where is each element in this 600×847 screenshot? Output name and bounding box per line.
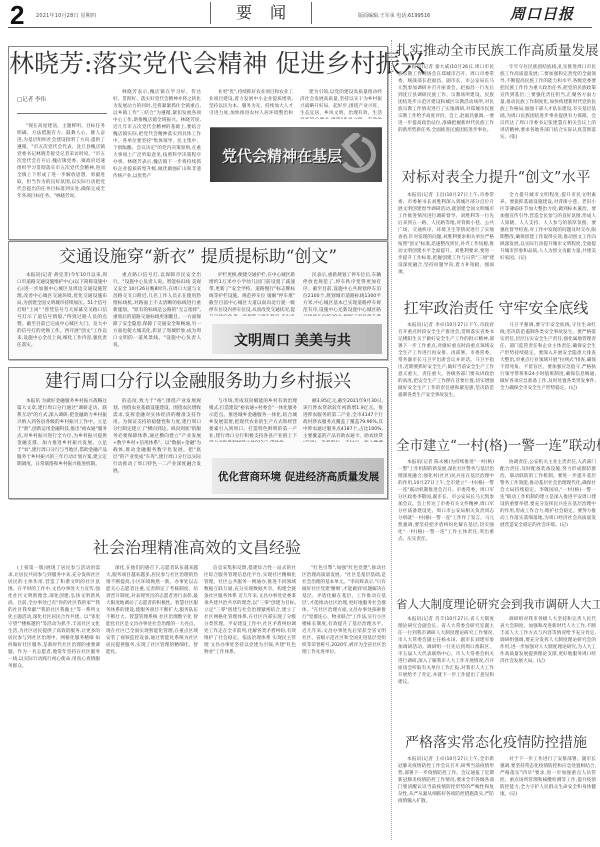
newspaper-logo: 周口日报 xyxy=(510,3,574,24)
npc-headline[interactable]: 省人大制度理论研究会到我市调研人大工作 xyxy=(396,596,596,612)
traffic-article[interactable]: 交通设施穿“新衣” 提质提标助“创文” 本报讯(记者 胡克非)今年10月以来,周… xyxy=(8,241,388,360)
bank-column-4: 额3.95亿元,截至2021年9月30日,该行涉农贷款较年初新增1.9亿元。推进… xyxy=(303,398,383,442)
epidemic-column-1: 本报讯(记者 王卓)10月27日上午,全市新冠肺炎疫情防控工作会议召开,研判当前… xyxy=(398,756,494,844)
safety-article[interactable]: 扛牢政治责任 守牢安全底线 本报讯(记者 李卓)10月27日下午,市政府召开重点… xyxy=(396,298,596,428)
ethnic-headline[interactable]: 扎实推动全市民族工作高质量发展 xyxy=(396,42,596,60)
wenchang-column-4: "红色引擎",加强"红色党建",推动社区治理高质量发展。"社区是基层基础,是社会… xyxy=(302,565,386,845)
police-column-1: 本报讯(记者 陈永刚)为持续推进"一村(格)一警"工作机制的新发展,深化社区警务… xyxy=(398,459,494,587)
byline-rule xyxy=(17,113,107,114)
bank-column-3: 与市场,形成双向赋能的乡村有效治理模式,打造建设"裕农通+村委会"一体化服务示范… xyxy=(209,398,297,442)
bank-article[interactable]: 建行周口分行以金融服务助力乡村振兴 本报讯 为做好金融服务乡村振兴战略这篇大文章… xyxy=(8,367,388,499)
npc-column-1: 本报讯(记者 肖丰)10月27日,省人大制度理论研究会副会长、省人大常委会研究室… xyxy=(398,616,494,720)
safety-column-1: 本报讯(记者 李卓)10月27日下午,市政府召开重点时段安全生产推进会,贯彻落实… xyxy=(398,322,494,426)
ethnic-column-2: 牢牢守住民族团结底线,扎实推进周口市民族工作高质量发展;二要加强和完善党的全面领… xyxy=(500,64,596,150)
traffic-column-4: 民表示,重新规划了停车位后,车辆停放也规范了,停车秩序变得更加有序。截至目前,设… xyxy=(303,272,381,316)
epidemic-column-2: 对于下一步工作进行了安排部署。副市长强调,要坚持常态化疫情防控和应急处置相结合,… xyxy=(500,756,596,844)
wenchang-headline[interactable]: 社会治理精准高效的文昌经验 xyxy=(8,537,386,559)
editor-info: 版面编辑:王军承 电话:6199516 xyxy=(358,12,430,19)
bank-column-1: 本报讯 为做好金融服务乡村振兴战略这篇大文章,建行周口分行通过"调研走访、联系互… xyxy=(17,398,107,494)
header-rule xyxy=(8,27,592,28)
epidemic-article[interactable]: 严格落实常态化疫情防控措施 本报讯(记者 王卓)10月27日上午,全市新冠肺炎疫… xyxy=(396,734,596,846)
hammer-sickle-icon xyxy=(336,133,376,177)
police-article[interactable]: 全市建立“一村(格)一警一连”联动机制 本报讯(记者 陈永刚)为持续推进"一村(… xyxy=(396,437,596,587)
civilization-banner-text: 文明周口 美美与共 xyxy=(234,330,351,350)
civilization-column-2: 全力提升城市文明程度,提升市民文明素养。要狠抓基础设施建设,对背街小巷、老旧小区… xyxy=(500,192,596,286)
npc-article[interactable]: 省人大制度理论研究会到我市调研人大工作 本报讯(记者 肖丰)10月27日,省人大… xyxy=(396,596,596,724)
business-env-banner: 优化营商环境 促进经济高质量发展 xyxy=(212,458,384,494)
civilization-article[interactable]: 对标对表全力提升“创文”水平 本报讯(记者 王昌)10月27日上午,市委常委、市… xyxy=(396,168,596,286)
bank-headline[interactable]: 建行周口分行以金融服务助力乡村振兴 xyxy=(9,370,387,394)
wenchang-column-2: 深化,在他们的感召下,志愿者队伍越来越大,服务项目越来越多,居民参与社区治理的热… xyxy=(106,565,198,845)
lead-column-4: 建为引领,以党的建设高质量推动经济社会发展高质量,坚持以实干为乡村振兴战略开好局… xyxy=(300,89,382,119)
traffic-headline[interactable]: 交通设施穿“新衣” 提质提标助“创文” xyxy=(9,246,387,268)
wenchang-column-3: 信息采集和反馈,搭建综合性一站式的社区综合服务管理信息化平台,实现社区精细化管理… xyxy=(204,565,296,845)
ethnic-column-1: 本报讯(记者 秦大威)10月26日,周口市民族宗教工作现场会在郑城市召开。周口市… xyxy=(398,64,494,150)
party-congress-banner-text: 党代会精神在基层 xyxy=(222,145,342,166)
traffic-column-2: 重点路口信号灯,以保障市民安全出行。"设施中心负责人说。智能标识线 美观又安全 … xyxy=(113,272,201,356)
traffic-column-1: 本报讯(记者 胡克非)今年10月以来,周口市道路交通设施维护中心(以下简称设施中… xyxy=(17,272,107,356)
page-header: 2 2021年10月28日 星期四 要闻 版面编辑:王军承 电话:6199516… xyxy=(0,0,600,28)
safety-column-2: 马卫平强调,要守牢安全底线,守住生命红线,坚决防范遏制各类安全事故发生。要严格落… xyxy=(500,322,596,426)
civilization-headline[interactable]: 对标对表全力提升“创文”水平 xyxy=(396,168,596,188)
page-number: 2 xyxy=(10,3,24,27)
safety-headline[interactable]: 扛牢政治责任 守牢安全底线 xyxy=(396,298,596,318)
section-title: 要闻 xyxy=(210,2,312,24)
lead-headline[interactable]: 林晓芳:落实党代会精神 促进乡村振兴 xyxy=(9,49,387,79)
lead-article[interactable]: 林晓芳:落实党代会精神 促进乡村振兴 □记者 李伟 "现在高屋建瓴、主题鲜明、目… xyxy=(8,46,388,240)
police-headline[interactable]: 全市建立“一村(格)一警一连”联动机制 xyxy=(396,437,596,455)
business-env-banner-text: 优化营商环境 促进经济高质量发展 xyxy=(218,469,379,484)
wenchang-article[interactable]: 社会治理精准高效的文昌经验 (上接第一版)展现了居民参与活动的需求,让居民共同参… xyxy=(8,537,386,847)
npc-column-2: 调研组对我市各级人大坚持和完善人民代表大会制度、加强和改进新时代人大工作,不断丰… xyxy=(500,616,596,720)
wenchang-column-1: (上接第一版)展现了居民参与活动的需求,让居民共同参与到服务中来,充分发挥社区居… xyxy=(8,565,100,845)
issue-date: 2021年10月28日 星期四 xyxy=(36,12,96,19)
traffic-column-3: 护栏更换,便捷交通护栏,在中心城区新增约1万米中小学幼儿园门前设置了减速带,更新… xyxy=(209,272,295,316)
party-congress-banner: 党代会精神在基层 xyxy=(210,127,382,182)
lead-byline: □记者 李伟 xyxy=(17,95,46,103)
bank-column-2: 的态度,致力于"裕",围绕产业发展规划、围绕农业基础设施建设、围绕农民增收需求,… xyxy=(113,398,201,494)
civilization-column-1: 本报讯(记者 王昌)10月27日上午,市委常委、市委秘书长刘胜利深入到城区部分点… xyxy=(398,192,494,286)
lead-column-3: 业更"优",持续抓好农业项目和农业工业项目建设,着力发展中小企业提质增效,坚持以… xyxy=(209,89,293,117)
column-divider xyxy=(391,40,392,840)
lead-column-2: 林晓芳表示,槐店镇在学习好、传达好、贯彻好、落实好党代会精神并将之转化为发展动力… xyxy=(113,89,201,233)
ethnic-article[interactable]: 扎实推动全市民族工作高质量发展 本报讯(记者 秦大威)10月26日,周口市民族宗… xyxy=(396,42,596,152)
police-column-2: 协调责任,公安机关主业主责责任,人武部门配合责任,及时配备装备设施,努力形成群防… xyxy=(500,459,596,587)
epidemic-headline[interactable]: 严格落实常态化疫情防控措施 xyxy=(396,734,596,752)
lead-column-1: "现在高屋建瓴、主题鲜明、目标任务明确、方法措施有力、鼓舞人心、催人奋进,为基层… xyxy=(17,123,105,233)
civilization-banner: 文明周口 美美与共 xyxy=(212,324,382,354)
